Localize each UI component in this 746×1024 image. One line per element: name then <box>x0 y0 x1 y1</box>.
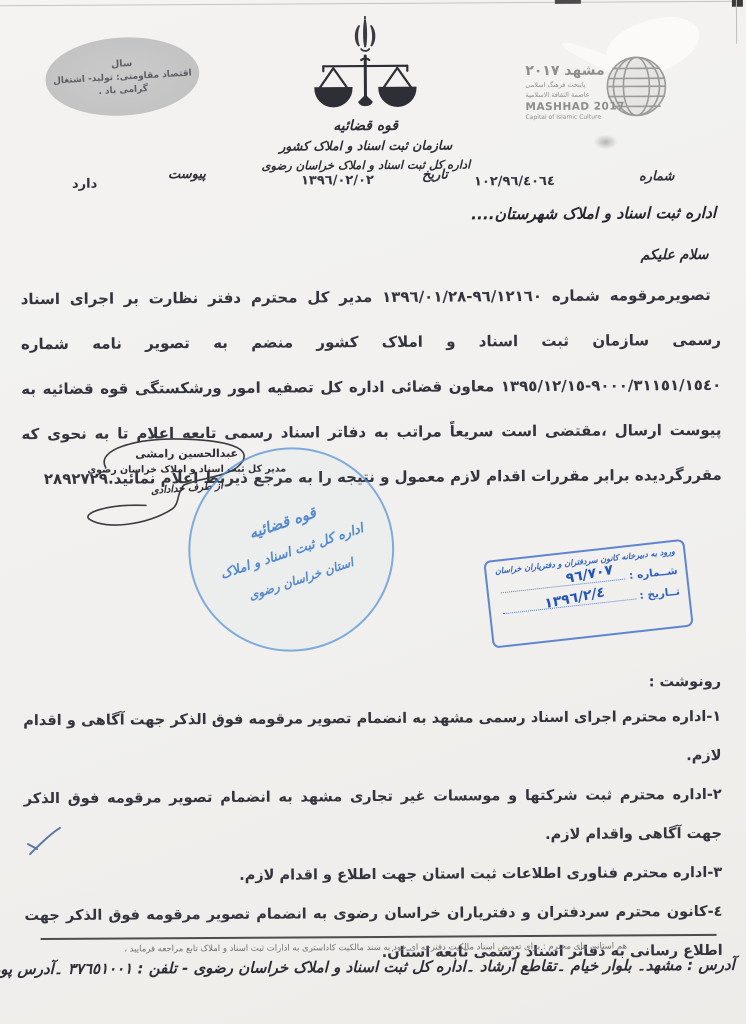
copy-item: ٣-اداره محترم فناوری اطلاعات ثبت استان ج… <box>24 854 722 897</box>
secretariat-entry-stamp: ورود به دبیرخانه کانون سردفتران و دفتریا… <box>483 539 693 649</box>
number-value: ١٠٢/٩٦/٤٠٦٤ <box>474 174 555 189</box>
org-name-registration: سازمان ثبت اسناد و املاک کشور <box>279 138 452 154</box>
mashhad-en-title: MASHHAD 2017 <box>525 100 617 113</box>
attachment-label: پیوست <box>168 167 206 182</box>
copy-item: ١-اداره محترم اجرای اسناد رسمی مشهد به ا… <box>23 698 721 780</box>
round-stamp-line: قوه قضائیه <box>246 503 318 542</box>
date-value: ١٣٩٦/٠٢/٠٢ <box>301 173 374 188</box>
letter-content: سال اقتصاد مقاومتی: تولید- اشتغال گرامی … <box>0 0 746 1024</box>
copies-title: رونوشت : <box>23 674 721 694</box>
scan-edge-artifact <box>0 1 743 7</box>
scan-mark <box>732 0 743 7</box>
mashhad-fa-title: مشهد ٢٠١٧ <box>525 62 617 79</box>
scales-of-justice-icon <box>309 52 421 117</box>
copy-item: ٢-اداره محترم ثبت شرکتها و موسسات غیر تج… <box>24 776 722 858</box>
year-slogan-line: سال <box>111 57 133 69</box>
entry-date-label: تــاریخ : <box>639 586 681 602</box>
entry-number-label: شــماره : <box>629 565 679 582</box>
footer-address: آدرس : مشهد۔ بلوار خیام ۔تقاطع ارشاد ۔اد… <box>17 956 735 978</box>
greeting-line: سلام علیکم <box>640 247 708 263</box>
mashhad-en-subtitle: Capital of Islamic Culture <box>526 113 618 121</box>
copies-section: رونوشت : ١-اداره محترم اجرای اسناد رسمی … <box>23 674 723 975</box>
scan-mark <box>555 0 581 4</box>
iran-emblem-icon <box>348 16 382 56</box>
year-slogan-stamp: سال اقتصاد مقاومتی: تولید- اشتغال گرامی … <box>43 33 201 120</box>
mashhad-ar-subtitle: عاصمة الثقافة الاسلامیة <box>525 90 617 99</box>
date-label: تاریخ <box>422 168 448 183</box>
attachment-value: دارد <box>72 177 97 192</box>
letterhead: قوه قضائیه سازمان ثبت اسناد و املاک کشور… <box>240 15 491 173</box>
number-label: شماره <box>639 169 675 184</box>
mashhad-2017-logo: مشهد ٢٠١٧ پایتخت فرهنگ اسلامی عاصمة الثق… <box>525 56 706 157</box>
mashhad-logo-text: مشهد ٢٠١٧ پایتخت فرهنگ اسلامی عاصمة الثق… <box>525 62 617 121</box>
mashhad-fa-subtitle: پایتخت فرهنگ اسلامی <box>525 80 617 89</box>
dotted-line <box>501 579 626 594</box>
year-slogan-line: اقتصاد مقاومتی: تولید- اشتغال <box>53 68 192 86</box>
scanned-letter-page: سال اقتصاد مقاومتی: تولید- اشتغال گرامی … <box>0 0 746 1024</box>
org-name-judiciary: قوه قضائیه <box>333 118 398 134</box>
addressee-line: اداره ثبت اسناد و املاک شهرستان.... <box>471 204 716 223</box>
year-slogan-line: گرامی باد . <box>98 84 148 97</box>
handwritten-checkmark-icon <box>26 824 64 858</box>
